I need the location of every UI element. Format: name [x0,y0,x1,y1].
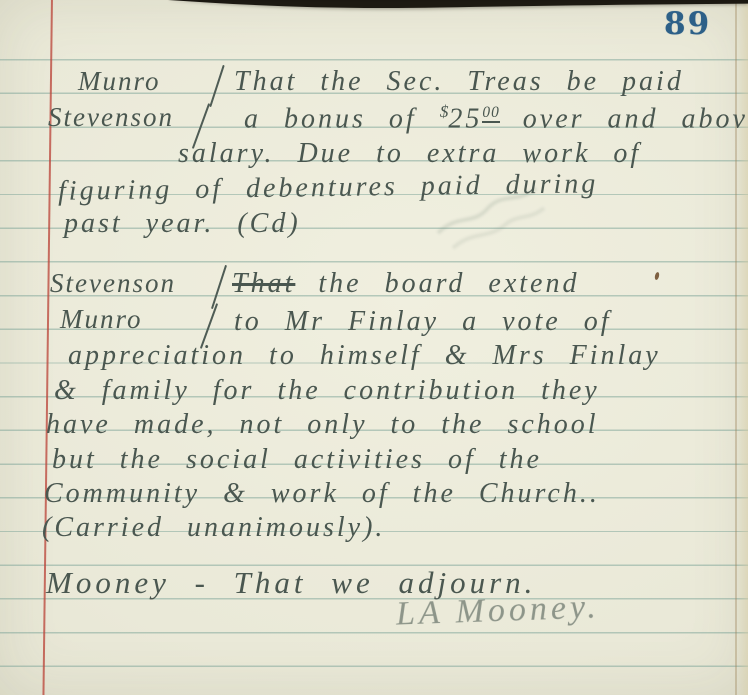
minute-line: appreciation to himself & Mrs Finlay [68,340,661,372]
amount-number: 25 [448,103,482,134]
minute-line: a bonus of $2500 over and above [244,102,748,135]
seconder-name: Munro [60,304,143,335]
seconder-name: Stevenson [48,102,174,133]
struck-out-word: That [232,268,295,299]
mover-name: Stevenson [50,268,176,299]
minute-line: have made, not only to the school [46,409,599,441]
minute-line: to Mr Finlay a vote of [234,306,612,338]
minute-line: That the board extend [232,268,580,300]
minute-text: the board extend [295,268,579,299]
minute-line: (Carried unanimously). [42,512,385,544]
minute-line: salary. Due to extra work of [178,138,641,170]
book-edge-shadow [0,0,748,22]
minute-text: over and above [500,103,748,134]
minute-line: but the social activities of the [52,444,542,476]
mover-name: Munro [78,66,161,97]
minute-line: & family for the contribution they [54,375,600,407]
secretary-signature: LA Mooney. [395,588,600,633]
minute-text: a bonus of [244,103,440,134]
page-number: 89 [664,6,711,42]
minute-book-page: 89 Munro Stevenson That the Sec. Treas b… [0,0,748,695]
minute-line: That the Sec. Treas be paid [234,66,684,98]
minute-line: past year. (Cd) [64,208,301,240]
amount-cents-superscript: 00 [482,104,499,123]
minute-line: Community & work of the Church.. [44,478,600,510]
